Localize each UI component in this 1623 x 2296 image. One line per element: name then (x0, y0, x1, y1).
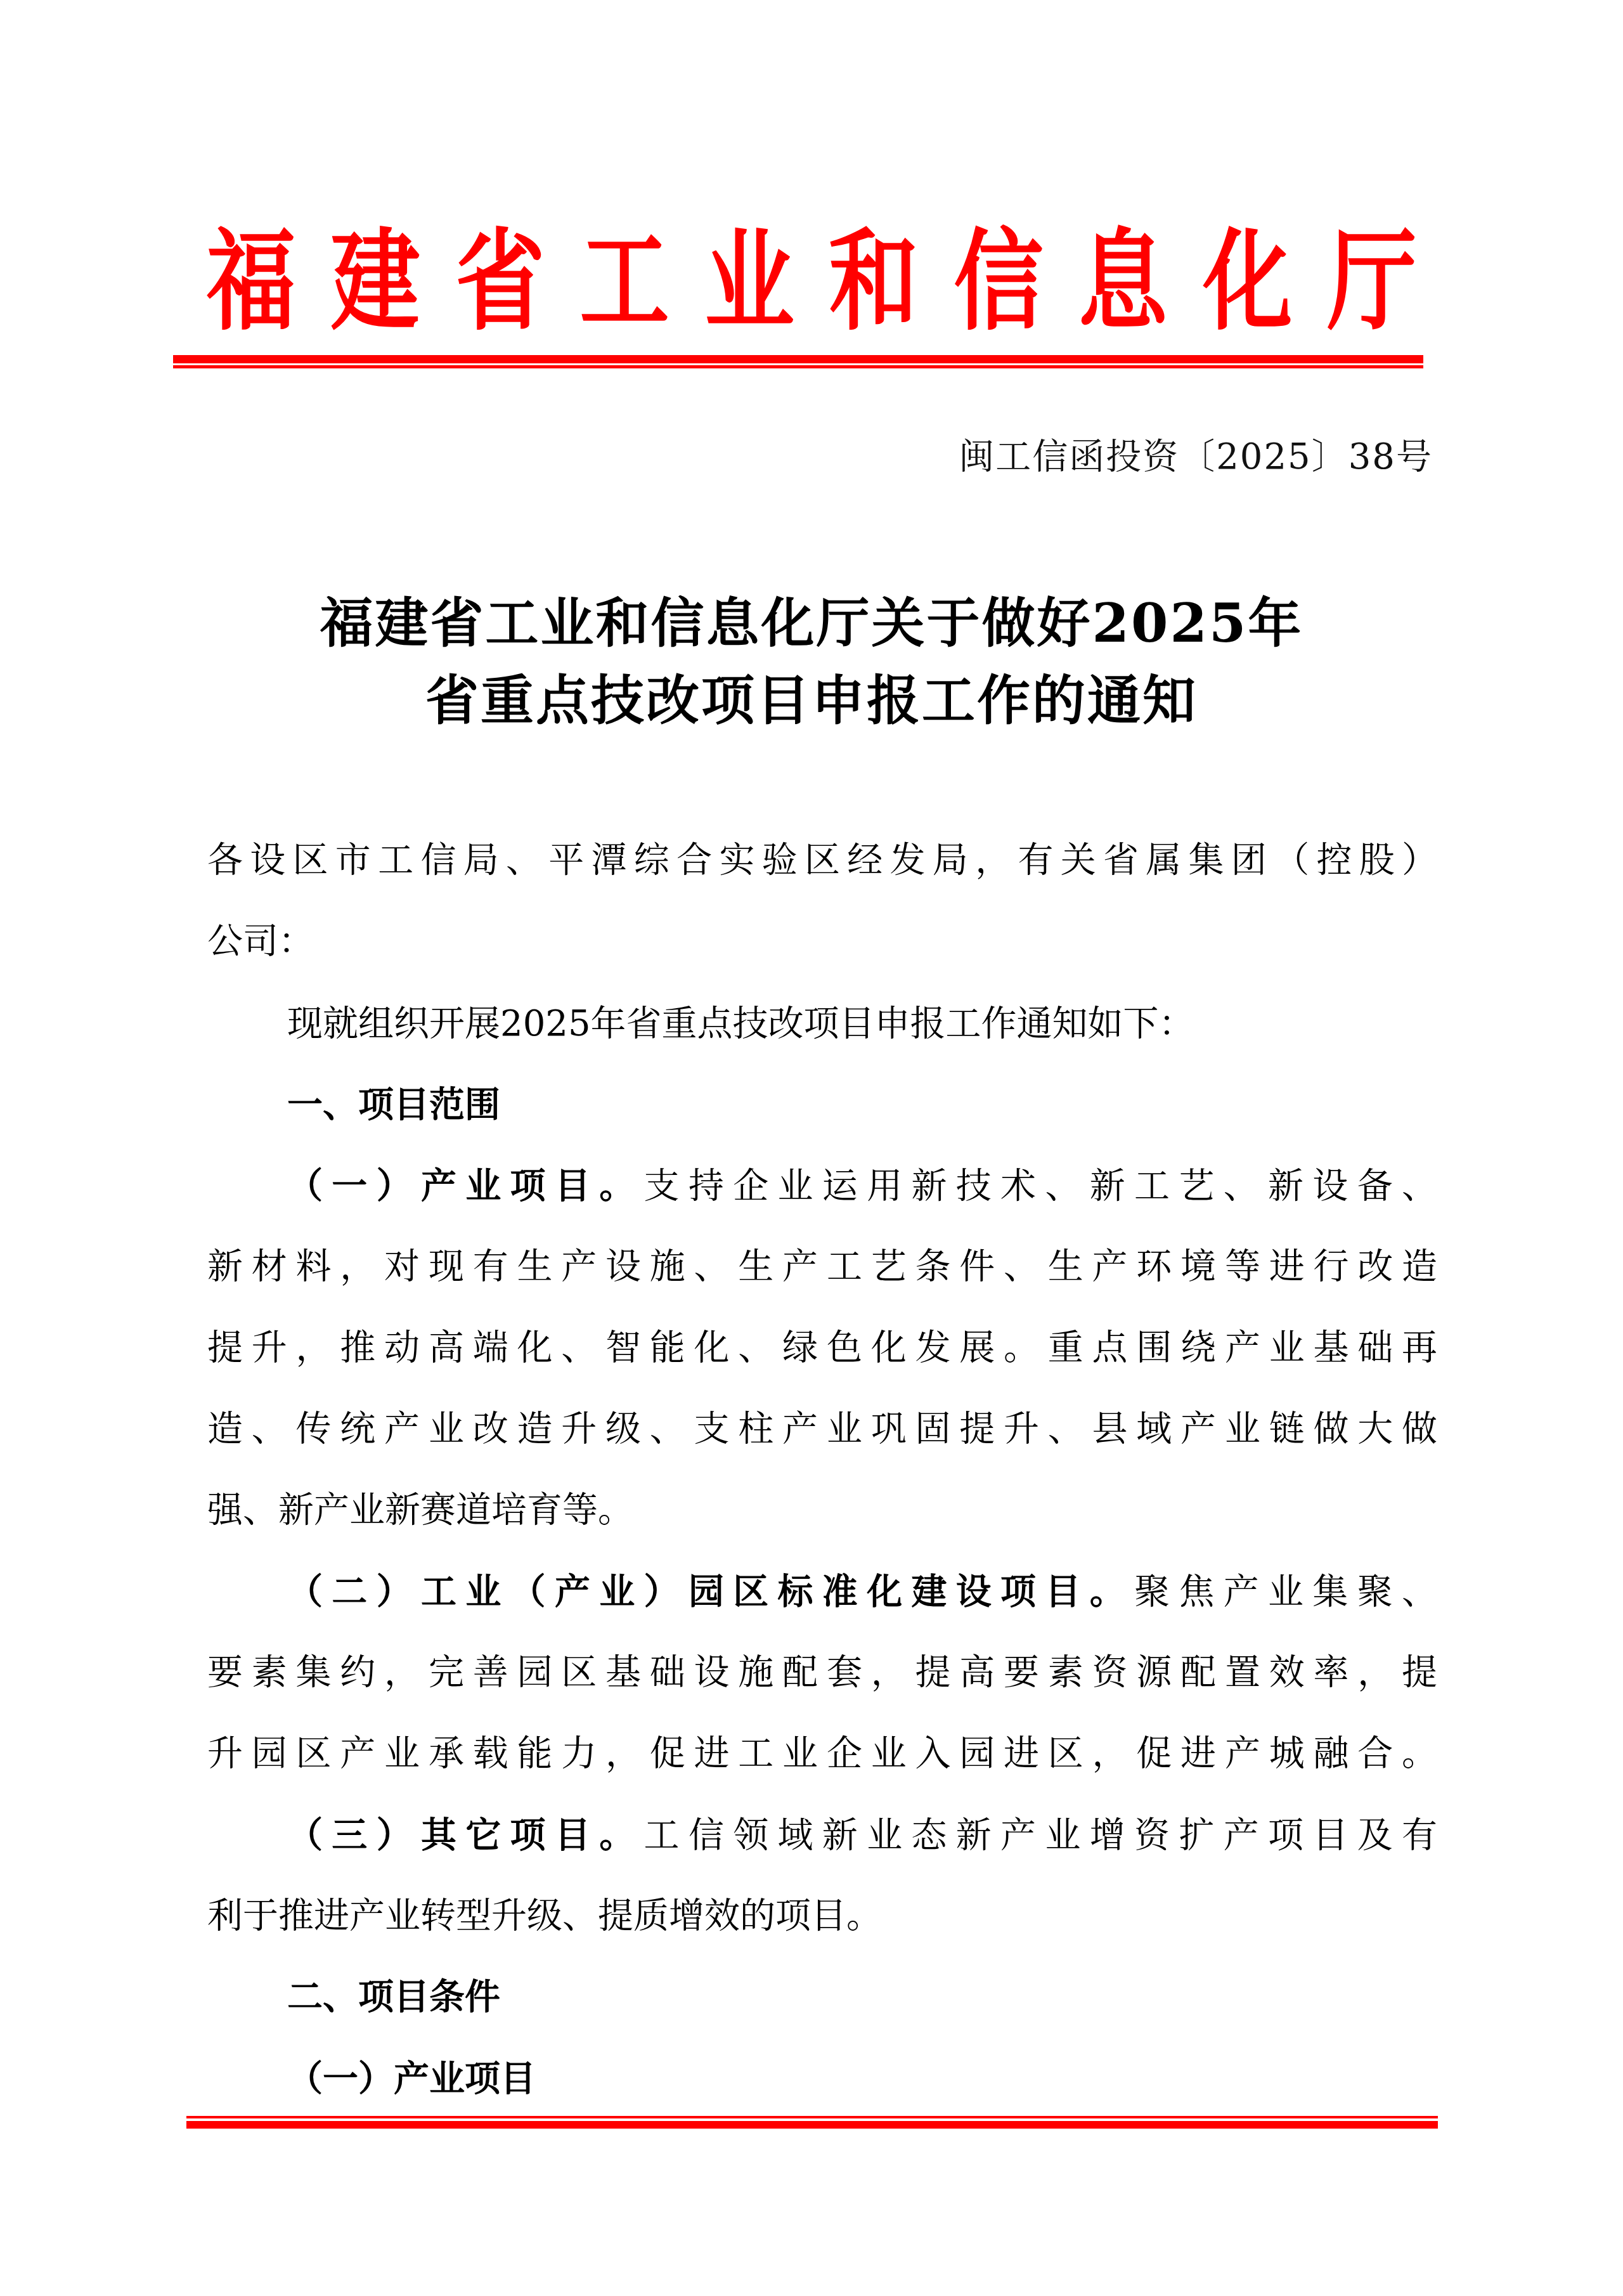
document-number: 闽工信函投资〔2025〕38号 (959, 429, 1433, 486)
footer-rule-thin (186, 2116, 1438, 2118)
section-heading-1: 一、项目范围 (287, 1080, 1437, 1131)
item-3-line-2: 利于推进产业转型升级、提质增效的项目。 (207, 1891, 1437, 1942)
masthead-char: 建 (331, 214, 409, 347)
masthead-char: 工 (580, 214, 658, 347)
masthead-char: 息 (1078, 214, 1156, 347)
addressee-line-1: 各设区市工信局、平潭综合实验区经发局，有关省属集团（控股） (207, 835, 1437, 886)
subheading-2-1: （一）产业项目 (287, 2053, 1437, 2104)
item-2-line-2: 要素集约，完善园区基础设施配套，提高要素资源配置效率，提 (207, 1647, 1437, 1698)
item-2-line-3: 升园区产业承载能力，促进工业企业入园进区，促进产城融合。 (207, 1728, 1437, 1779)
masthead-char: 和 (829, 214, 907, 347)
item-3-line-1: （三）其它项目。工信领域新业态新产业增资扩产项目及有 (287, 1810, 1437, 1860)
masthead-char: 化 (1203, 214, 1281, 347)
item-1-line-1: （一）产业项目。支持企业运用新技术、新工艺、新设备、 (287, 1160, 1437, 1211)
item-1-line-2: 新材料，对现有生产设施、生产工艺条件、生产环境等进行改造 (207, 1242, 1437, 1292)
item-2-line-1: （二）工业（产业）园区标准化建设项目。聚焦产业集聚、 (287, 1566, 1437, 1617)
item-1-line-5: 强、新产业新赛道培育等。 (207, 1485, 1437, 1536)
item-1-line-3: 提升，推动高端化、智能化、绿色化发展。重点围绕产业基础再 (207, 1323, 1437, 1373)
item-text: 聚焦产业集聚、 (1134, 1571, 1437, 1612)
item-text: 支持企业运用新技术、新工艺、新设备、 (644, 1165, 1437, 1207)
item-label: （二）工业（产业）园区标准化建设项目。 (287, 1571, 1134, 1612)
masthead-char: 省 (455, 214, 533, 347)
footer-rule-thick (186, 2121, 1438, 2129)
document-page: 福 建 省 工 业 和 信 息 化 厅 闽工信函投资〔2025〕38号 福建省工… (0, 0, 1623, 2296)
document-title-line-2: 省重点技改项目申报工作的通知 (0, 666, 1623, 736)
masthead-rule-thick (173, 355, 1423, 363)
masthead-char: 厅 (1327, 214, 1405, 347)
addressee-line-2: 公司： (207, 916, 1437, 967)
document-title-line-1: 福建省工业和信息化厅关于做好2025年 (0, 588, 1623, 658)
intro-paragraph: 现就组织开展2025年省重点技改项目申报工作通知如下： (287, 999, 1437, 1049)
masthead-char: 福 (207, 214, 285, 347)
masthead-title: 福 建 省 工 业 和 信 息 化 厅 (198, 214, 1414, 347)
section-heading-2: 二、项目条件 (287, 1972, 1437, 2023)
item-label: （三）其它项目。 (287, 1814, 644, 1856)
item-label: （一）产业项目。 (287, 1165, 644, 1207)
masthead-rule-thin (173, 365, 1423, 368)
masthead-char: 信 (954, 214, 1031, 347)
masthead-char: 业 (704, 214, 782, 347)
item-text: 工信领域新业态新产业增资扩产项目及有 (644, 1815, 1437, 1856)
item-1-line-4: 造、传统产业改造升级、支柱产业巩固提升、县域产业链做大做 (207, 1404, 1437, 1455)
